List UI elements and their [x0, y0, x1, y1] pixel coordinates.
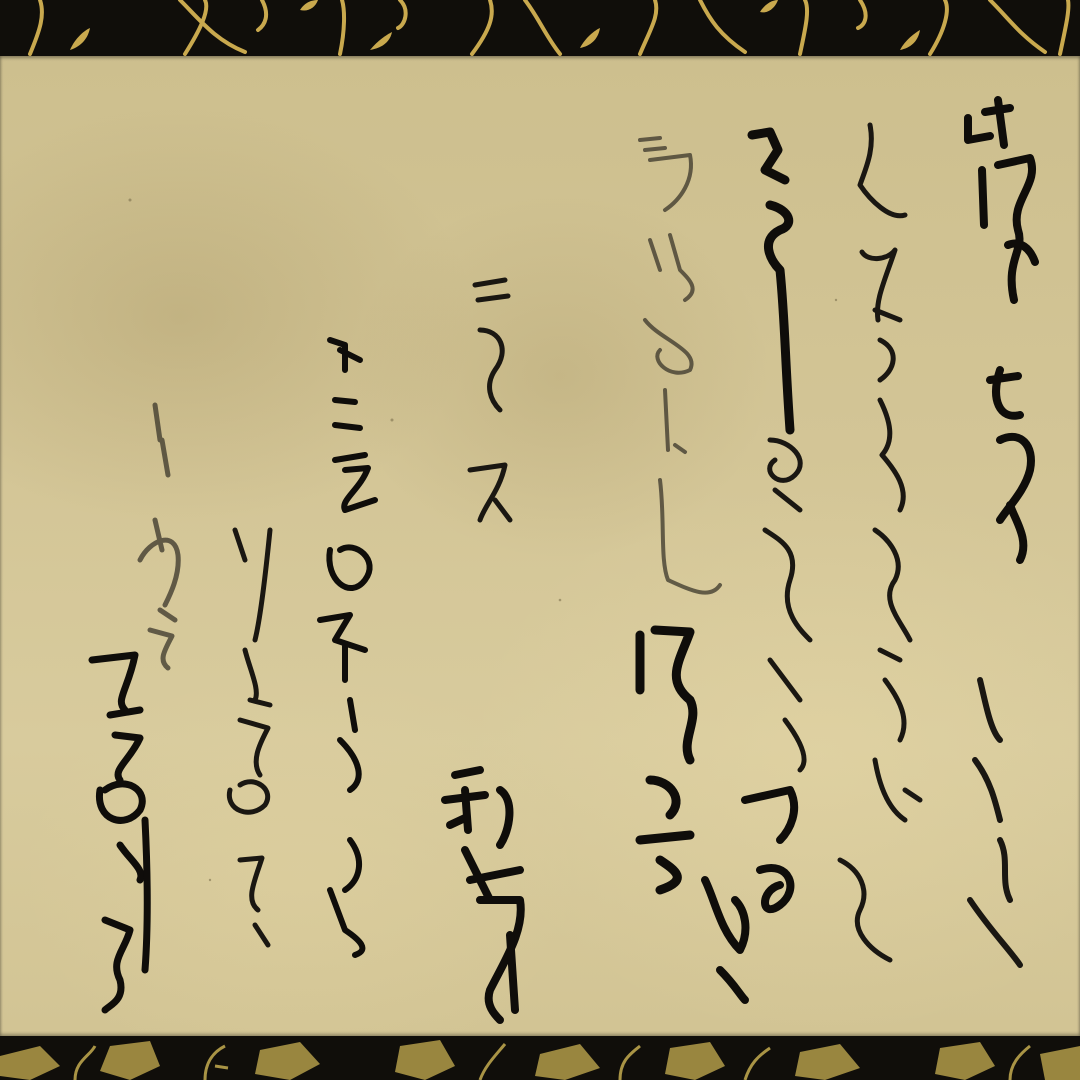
- gold-flower-pattern: [0, 1036, 1080, 1080]
- gold-vine-pattern: [0, 0, 1080, 56]
- calligraphy-paper: [0, 56, 1080, 1036]
- column-3-strokes: [752, 132, 790, 430]
- column-4-strokes: [640, 138, 720, 593]
- column-4b-strokes: [640, 630, 693, 890]
- column-3c-strokes: [705, 790, 794, 1000]
- column-6-strokes: [320, 340, 375, 955]
- column-5-strokes: [470, 280, 510, 520]
- column-8-strokes: [140, 405, 178, 668]
- column-2-strokes: [840, 125, 920, 960]
- top-brocade-border: [0, 0, 1080, 56]
- signature-rikyu-strokes: [445, 770, 521, 1020]
- column-1-strokes: [968, 100, 1035, 560]
- column-7-strokes: [229, 530, 270, 945]
- column-3b-strokes: [765, 440, 810, 770]
- bottom-brocade-border: [0, 1036, 1080, 1080]
- column-8b-strokes: [92, 655, 147, 1010]
- column-1b-strokes: [970, 680, 1020, 965]
- calligraphy-columns: [0, 56, 1080, 1036]
